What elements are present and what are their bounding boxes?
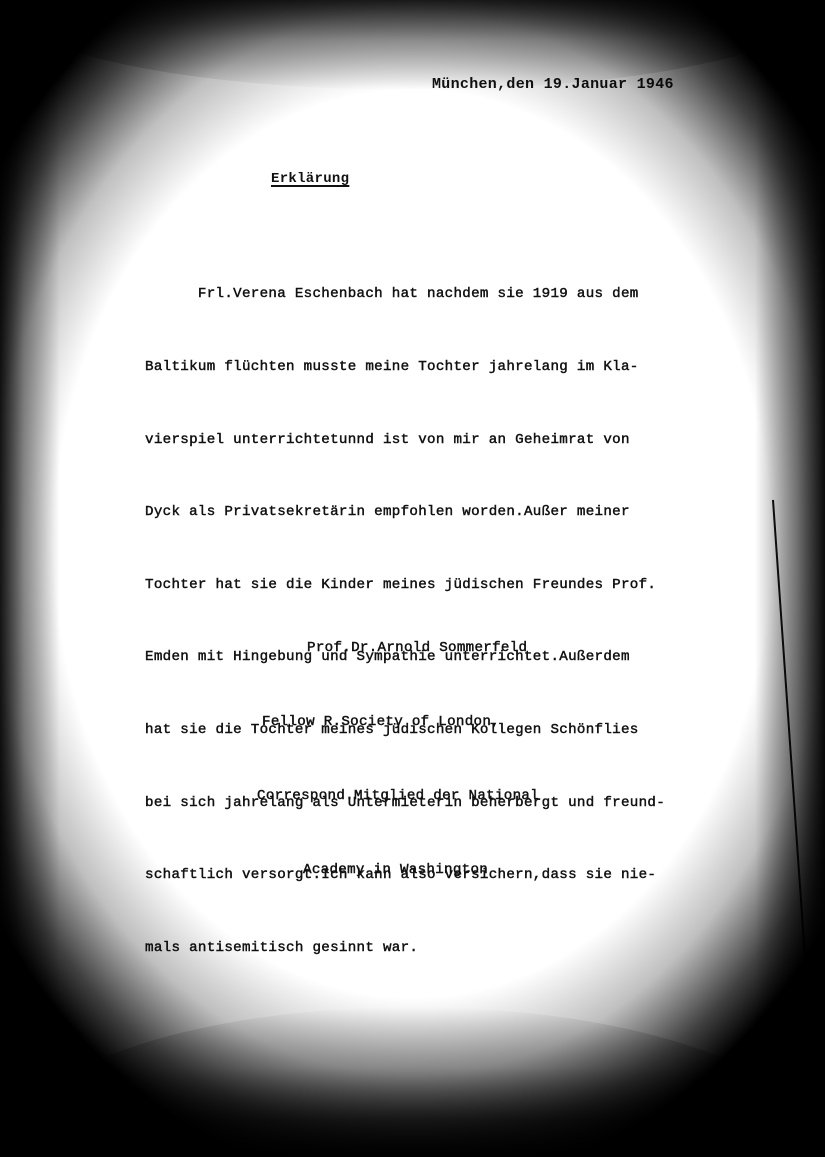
body-line: Frl.Verena Eschenbach hat nachdem sie 19…: [145, 282, 665, 306]
scan-edge-bottom: [0, 1007, 825, 1157]
body-line: Baltikum flüchten musste meine Tochter j…: [145, 355, 665, 379]
signatory-affiliation-3: Academy in Washington: [303, 858, 825, 883]
body-line: vierspiel unterrichtetunnd ist von mir a…: [145, 428, 665, 452]
body-line: mals antisemitisch gesinnt war.: [145, 936, 665, 960]
scan-edge-right: [755, 0, 825, 1157]
scan-edge-top: [0, 0, 825, 90]
signatory-affiliation-1: Fellow R.Society of London,: [262, 710, 825, 735]
body-line: Dyck als Privatsekretärin empfohlen word…: [145, 500, 665, 524]
scan-edge-left: [0, 0, 60, 1157]
signature-block: Prof.Dr.Arnold Sommerfeld Fellow R.Socie…: [0, 587, 825, 931]
signatory-affiliation-2: Correspond.Mitglied der National: [257, 784, 825, 809]
dateline: München,den 19.Januar 1946: [432, 76, 674, 93]
scanned-letter-page: München,den 19.Januar 1946 Erklärung Frl…: [0, 0, 825, 1157]
signatory-name: Prof.Dr.Arnold Sommerfeld: [307, 636, 825, 661]
document-title: Erklärung: [271, 171, 349, 187]
